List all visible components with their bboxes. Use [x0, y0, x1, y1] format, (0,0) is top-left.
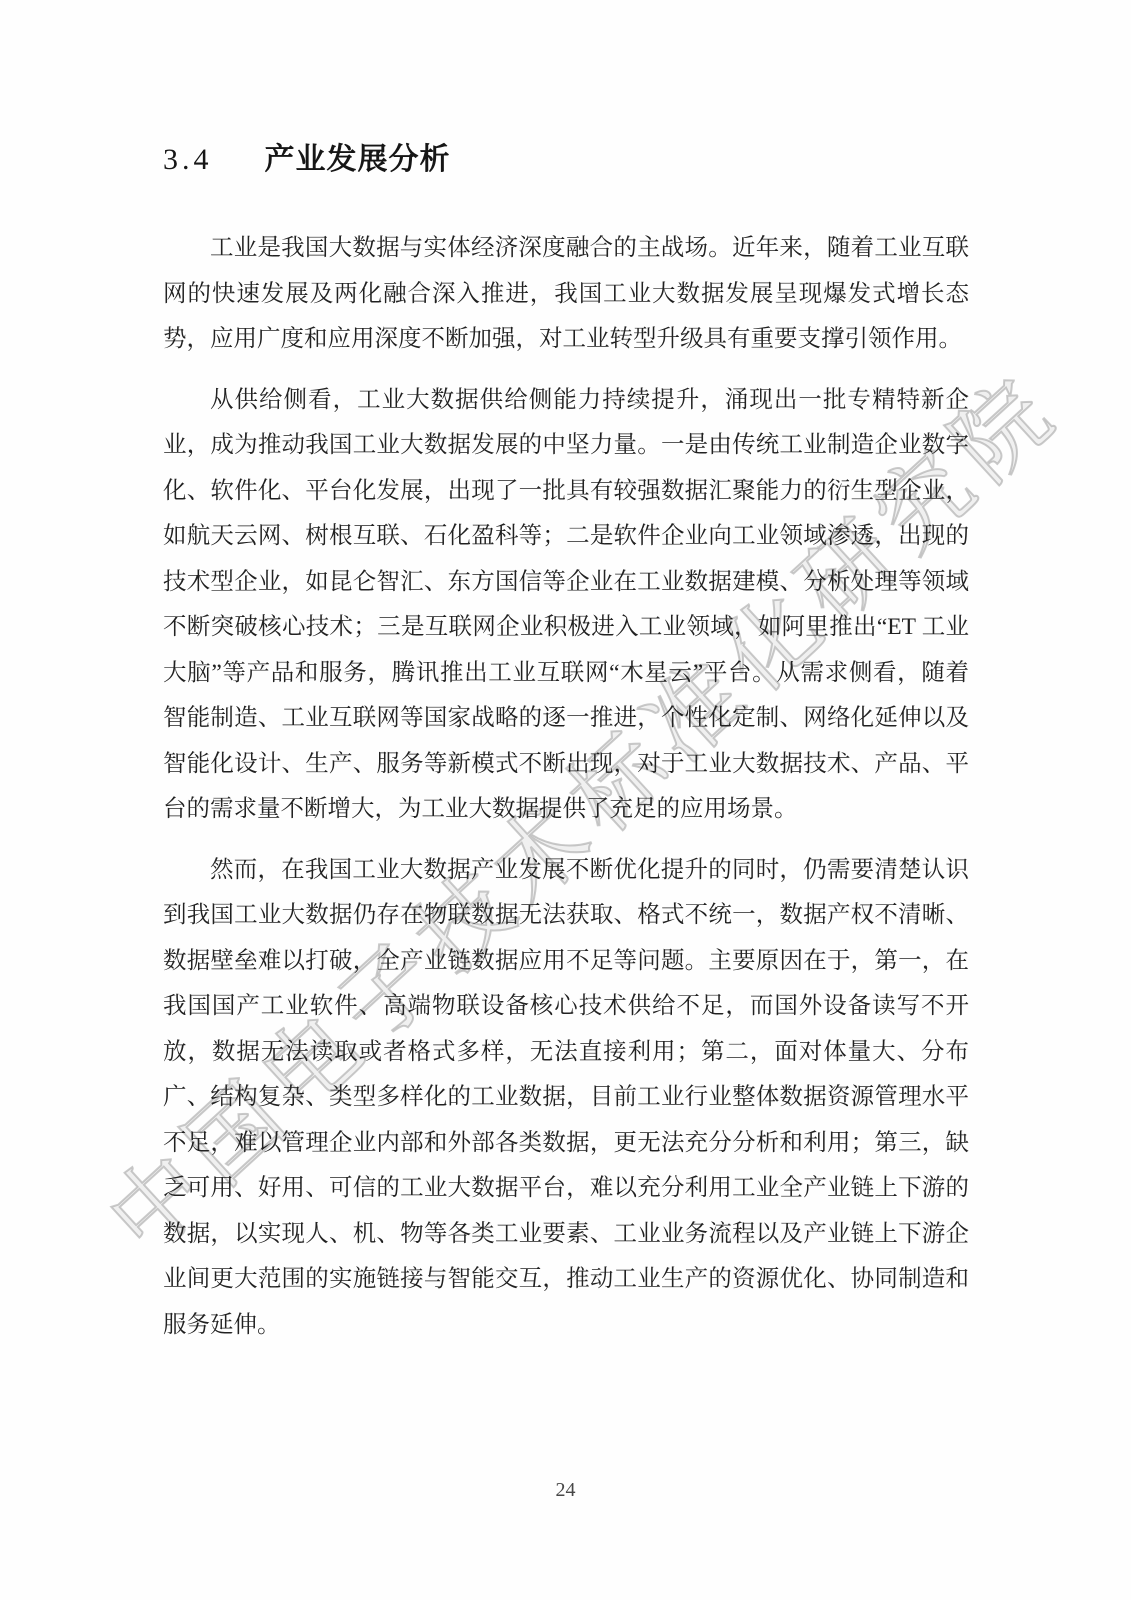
section-heading: 3.4产业发展分析 — [163, 140, 969, 180]
section-title: 产业发展分析 — [265, 143, 451, 176]
paragraph-2: 从供给侧看，工业大数据供给侧能力持续提升，涌现出一批专精特新企业，成为推动我国工… — [163, 378, 969, 833]
page-number: 24 — [0, 1479, 1131, 1502]
section-number: 3.4 — [163, 143, 213, 176]
paragraph-3: 然而，在我国工业大数据产业发展不断优化提升的同时，仍需要清楚认识到我国工业大数据… — [163, 848, 969, 1349]
document-page: 中国电子技术标准化研究院 3.4产业发展分析 工业是我国大数据与实体经济深度融合… — [0, 0, 1131, 1600]
page-content: 3.4产业发展分析 工业是我国大数据与实体经济深度融合的主战场。近年来，随着工业… — [163, 140, 969, 1348]
paragraph-1: 工业是我国大数据与实体经济深度融合的主战场。近年来，随着工业互联网的快速发展及两… — [163, 226, 969, 363]
